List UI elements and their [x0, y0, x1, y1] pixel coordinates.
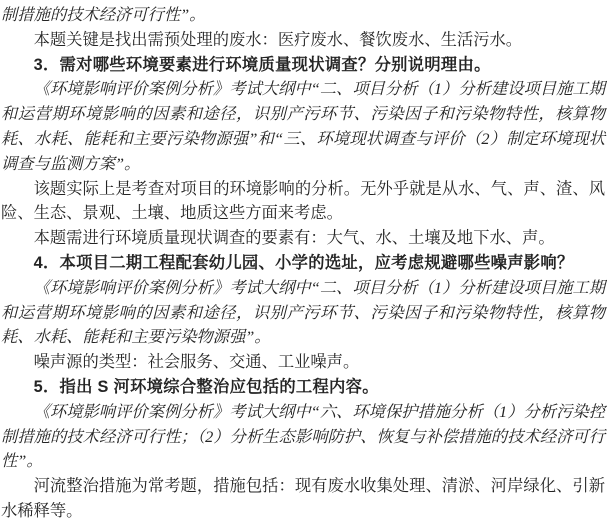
answer-key-wastewater: 本题关键是找出需预处理的废水：医疗废水、餐饮废水、生活污水。 [1, 28, 605, 53]
syllabus-quote-question-4: 《环境影响评价案例分析》考试大纲中“二、项目分析（1）分析建设项目施工期和运营期… [1, 276, 605, 350]
question-4-heading: 4．本项目二期工程配套幼儿园、小学的选址，应考虑规避哪些噪声影响？ [1, 251, 605, 276]
question-3-heading: 3．需对哪些环境要素进行环境质量现状调查？分别说明理由。 [1, 53, 605, 78]
answer-question-4: 噪声源的类型：社会服务、交通、工业噪声。 [1, 350, 605, 375]
answer-question-5: 河流整治措施为常考题，措施包括：现有废水收集处理、清淤、河岸绿化、引新水稀释等。 [1, 474, 605, 524]
syllabus-quote-continuation: 制措施的技术经济可行性”。 [1, 3, 605, 28]
document-page: 制措施的技术经济可行性”。 本题关键是找出需预处理的废水：医疗废水、餐饮废水、生… [0, 0, 607, 525]
answer-question-3: 本题需进行环境质量现状调查的要素有：大气、水、土壤及地下水、声。 [1, 226, 605, 251]
syllabus-quote-question-3: 《环境影响评价案例分析》考试大纲中“二、项目分析（1）分析建设项目施工期和运营期… [1, 77, 605, 176]
syllabus-quote-question-5: 《环境影响评价案例分析》考试大纲中“六、环境保护措施分析（1）分析污染控制措施的… [1, 400, 605, 474]
question-5-heading: 5．指出 S 河环境综合整治应包括的工程内容。 [1, 375, 605, 400]
analysis-question-3: 该题实际上是考查对项目的环境影响的分析。无外乎就是从水、气、声、渣、风险、生态、… [1, 177, 605, 227]
